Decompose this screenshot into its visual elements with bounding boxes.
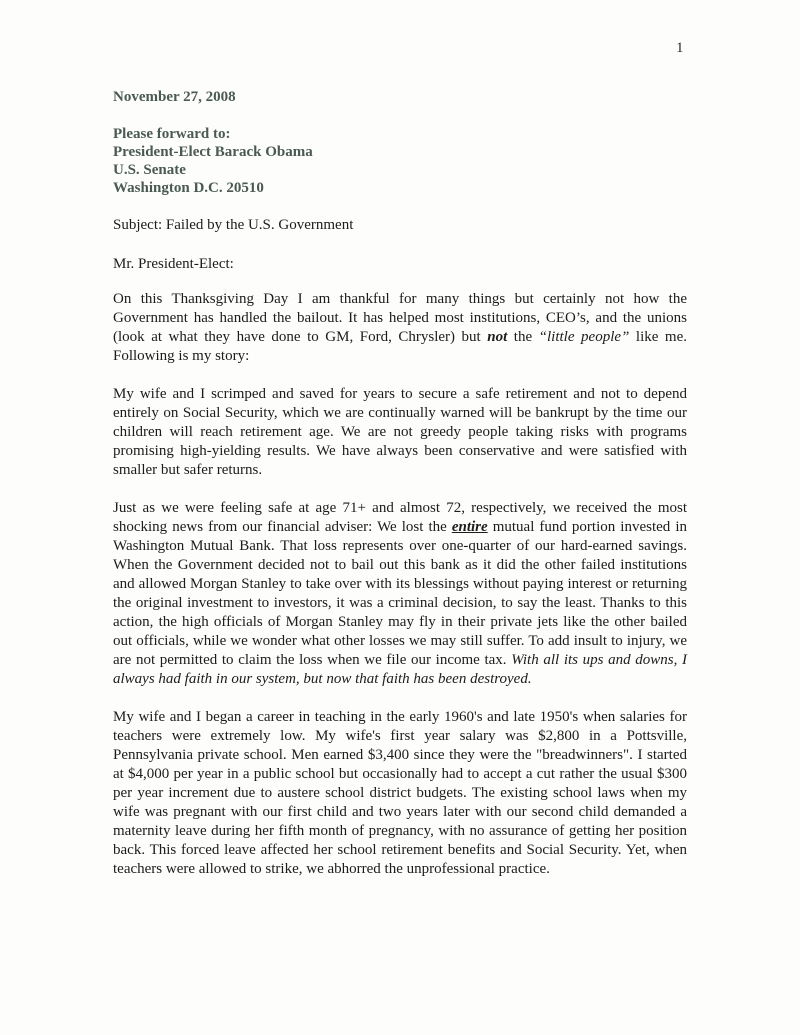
paragraph: My wife and I scrimped and saved for yea…	[113, 385, 687, 480]
salutation: Mr. President-Elect:	[113, 255, 234, 273]
letter-date: November 27, 2008	[113, 88, 713, 106]
letter-subject: Subject: Failed by the U.S. Government	[113, 216, 713, 234]
paragraph: Just as we were feeling safe at age 71+ …	[113, 499, 687, 689]
address-line: U.S. Senate	[113, 161, 713, 179]
letter-header: November 27, 2008 Please forward to: Pre…	[113, 88, 713, 234]
paragraph: My wife and I began a career in teaching…	[113, 708, 687, 879]
emphasis-entire: entire	[452, 519, 488, 535]
address-line: President-Elect Barack Obama	[113, 143, 713, 161]
letter-body: On this Thanksgiving Day I am thankful f…	[113, 290, 687, 879]
paragraph: On this Thanksgiving Day I am thankful f…	[113, 290, 687, 366]
text-run: the	[507, 329, 538, 345]
address-line: Please forward to:	[113, 125, 713, 143]
emphasis-not: not	[487, 329, 507, 345]
address-line: Washington D.C. 20510	[113, 179, 713, 197]
emphasis-little-people: “little people”	[539, 329, 630, 345]
page-number: 1	[676, 40, 684, 57]
text-run: mutual fund portion invested in Washingt…	[113, 519, 687, 668]
